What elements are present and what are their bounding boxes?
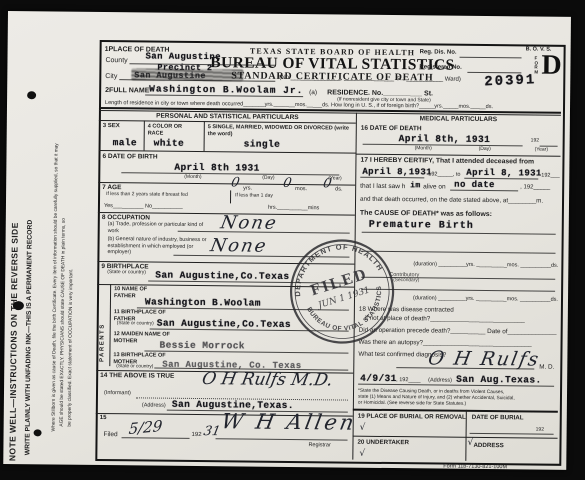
sex-value: male <box>113 137 138 148</box>
certify-mid-label: 192_____, to <box>428 171 460 178</box>
dod-label: 16 DATE OF DEATH <box>361 125 422 133</box>
registered-no-label: Registered No. <box>419 64 461 71</box>
margin-small-note-3: be properly classified. Exact statement … <box>68 107 77 427</box>
age-yrs-unit: yrs. <box>243 185 252 191</box>
undertaker-check-mark: √ <box>359 449 365 459</box>
certificate-date-value: 4/9/31 <box>360 373 397 384</box>
parents-label: PARENTS <box>99 290 107 362</box>
occupation-b-value: None <box>209 235 270 257</box>
above-is-true-label: 14 THE ABOVE IS TRUE <box>100 372 174 380</box>
dod-month-label: (Month) <box>415 146 432 152</box>
dob-label: 6 DATE OF BIRTH <box>102 153 157 161</box>
filed-number: 15 <box>100 415 107 422</box>
marital-label: 5 SINGLE, MARRIED, WIDOWED OR DIVORCED (… <box>208 124 352 139</box>
last-saw-fill: im <box>410 181 420 190</box>
ink-blot <box>34 429 42 436</box>
marital-value: single <box>244 138 281 149</box>
informant-label: (Informant) <box>104 390 131 397</box>
race-value: white <box>154 138 185 149</box>
race-label: 4 COLOR OR RACE <box>148 123 198 137</box>
dod-year-prefix: 192 <box>531 138 539 144</box>
undertaker-address-label: ADDRESS <box>473 442 503 449</box>
filed-date-value: 5/29 <box>128 417 163 438</box>
informant-signature: O H Rulfs M.D. <box>200 369 334 390</box>
form-letter: D <box>541 50 562 82</box>
certificate-address-label: (Address) <box>428 377 452 384</box>
certificate-address-value: San Aug.Texas. <box>456 374 542 386</box>
birthplace-sub: (State or country) <box>107 270 146 276</box>
occupation-b-label: (b) General nature of industry, business… <box>107 236 209 257</box>
dob-value: April 8th 1931 <box>174 162 260 174</box>
md-label: M. D. <box>539 364 554 371</box>
certificate-192: , 192____ <box>396 377 421 384</box>
mother-name-value: Bessie Morrock <box>159 340 245 352</box>
cell-divider <box>230 190 231 203</box>
ink-blot <box>27 91 36 99</box>
cause-of-death-value: Premature Birth <box>369 220 474 232</box>
burial-place-label: 19 PLACE OF BURIAL OR REMOVAL <box>358 413 466 421</box>
form-number: Form 11b-7130-821-100M <box>443 464 507 471</box>
address-check-mark: √ <box>467 438 473 448</box>
last-saw-1: that I last saw h <box>360 183 405 191</box>
burial-check-mark: √ <box>360 423 366 433</box>
certify-from-value: April 8,1931 <box>362 167 432 178</box>
certify-end-label: 192___ <box>541 173 559 180</box>
dob-month-label: (Month) <box>184 175 201 181</box>
registrar-label: Registrar <box>308 442 330 449</box>
margin-note-well: NOTE WELL—INSTRUCTIONS ON THE REVERSE SI… <box>8 66 22 461</box>
county-label: County <box>105 57 127 65</box>
city-label: City <box>105 73 117 81</box>
age-ds-unit: ds. <box>335 186 342 192</box>
undertaker-label: 20 UNDERTAKER <box>357 439 409 447</box>
filed-label: Filed <box>104 431 118 439</box>
age-hrs-mins: hrs.__________mins <box>268 205 319 212</box>
last-saw-3: , 192_____ <box>520 184 550 191</box>
sex-label: 3 SEX <box>103 123 120 130</box>
age-lessday-label: If less than 1 day <box>235 193 273 199</box>
mother-birthplace-sub: (State or country) <box>116 364 153 370</box>
last-saw-value: no date <box>454 180 495 190</box>
informant-address-label: (Address) <box>142 402 166 409</box>
dob-day-label: (Day) <box>262 176 274 182</box>
ink-blot <box>13 301 24 310</box>
certificate-paper: NOTE WELL—INSTRUCTIONS ON THE REVERSE SI… <box>3 11 571 470</box>
full-name-label: 2FULL NAME <box>105 87 149 96</box>
occupation-a-label: (a) Trade, profession or particular kind… <box>108 221 210 235</box>
reg-dis-label: Reg. Dis. No. <box>420 49 457 56</box>
burial-date-label: DATE OF BURIAL <box>472 414 524 422</box>
footnote-3: or Homicidal. (See reverse side for Stat… <box>358 401 466 408</box>
registrar-signature: W H Allen <box>219 409 358 434</box>
dod-year-label: (Year) <box>535 148 548 154</box>
age-mos-unit: mos. <box>295 186 307 192</box>
filed-year-printed: 192 <box>192 432 202 439</box>
margin-write-plainly: WRITE PLAINLY WITH UNFADING INK—THIS IS … <box>24 83 36 455</box>
last-saw-2: alive on <box>423 183 445 191</box>
cause-of-death-label: The CAUSE OF DEATH* was as follows: <box>360 210 492 219</box>
age-breastfed-label: If less than 2 years state if breast fed <box>106 192 188 199</box>
registered-no-value: 20391 <box>484 72 537 90</box>
dod-day-label: (Day) <box>479 147 491 153</box>
county-value: San Augustine <box>145 51 221 62</box>
scanned-death-certificate: NOTE WELL—INSTRUCTIONS ON THE REVERSE SI… <box>0 0 585 480</box>
father-birthplace-sub: (State or country) <box>117 321 154 327</box>
age-yes-no: Yes__________ No__________ <box>104 203 183 210</box>
residence-a-label: (a) <box>309 89 317 97</box>
burial-192: 192 <box>536 428 544 434</box>
